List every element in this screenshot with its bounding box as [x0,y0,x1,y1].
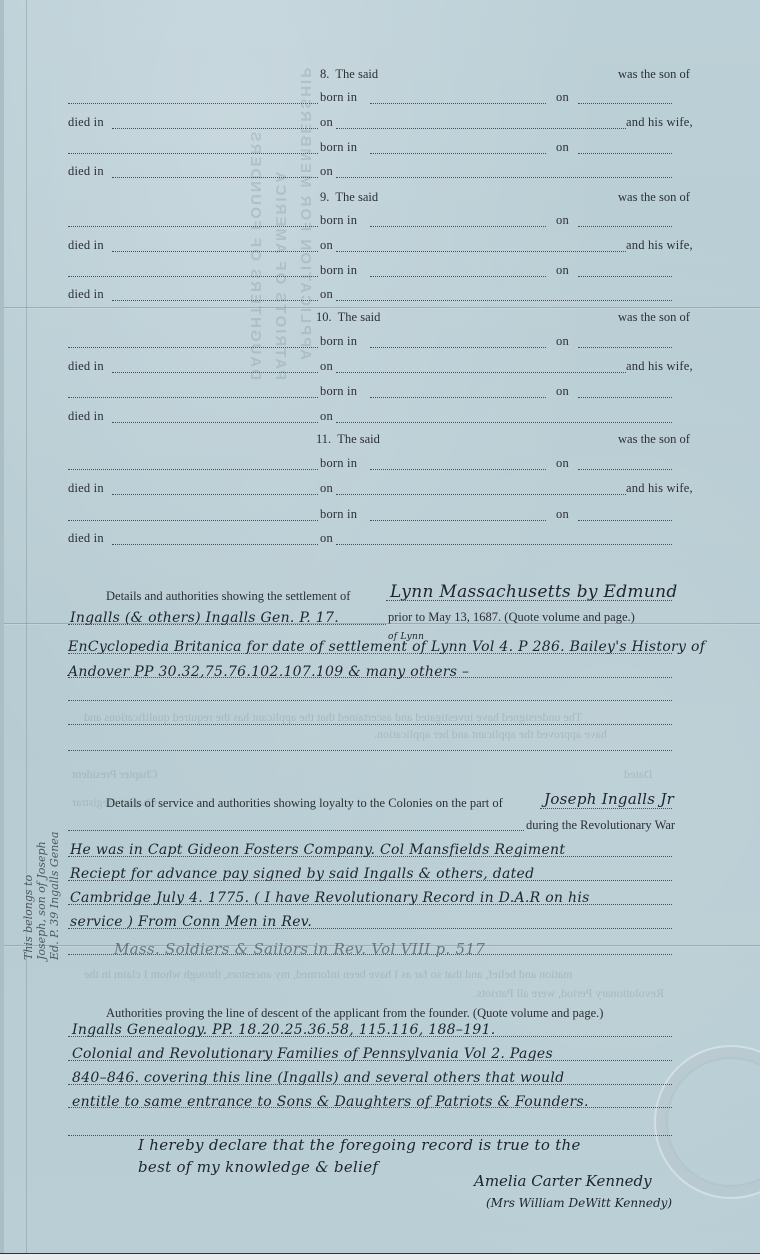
settlement-entry-line [68,677,672,678]
service-name-handwritten[interactable]: Joseph Ingalls Jr [544,790,674,808]
ancestor-8-line-4: died in on [68,163,672,181]
service-entry-line [68,880,672,881]
wife-birth-date-field[interactable] [578,397,672,398]
wife-death-date-field[interactable] [336,177,672,178]
wife-birth-date-field[interactable] [578,276,672,277]
ancestor-9-heading: 9. The said [320,190,378,205]
service-entry-line [68,904,672,905]
descent-entry-line [68,1036,672,1037]
death-date-field[interactable] [336,251,626,252]
death-place-field[interactable] [112,128,318,129]
birthplace-field[interactable] [370,347,546,348]
birthplace-field[interactable] [370,469,546,470]
ancestor-10-line-3: born in on [68,383,672,401]
service-entry-line [68,856,672,857]
service-line2 [68,830,524,831]
settlement-label: Details and authorities showing the sett… [106,589,350,604]
descent-entry-line [68,1107,672,1108]
ancestor-11-line-2: died in on and his wife, [68,480,672,498]
name-field[interactable] [68,347,318,348]
ancestor-8-line-3: born in on [68,139,672,157]
wife-birthplace-field[interactable] [370,276,546,277]
birth-date-field[interactable] [578,469,672,470]
descent-label: Authorities proving the line of descent … [106,1006,603,1021]
death-place-field[interactable] [112,372,318,373]
wife-birthplace-field[interactable] [370,520,546,521]
ancestor-11-son-of: was the son of [618,432,690,447]
bleed-through-text: Chapter President [72,767,158,782]
ancestor-9-line-1: born in on [68,212,672,230]
settlement-entry-line [68,750,672,751]
declaration-line-1: I hereby declare that the foregoing reco… [138,1136,581,1154]
name-field[interactable] [68,226,318,227]
ancestor-9-line-2: died in on and his wife, [68,237,672,255]
vertical-crease [26,0,27,1253]
bleed-through-text: mation and belief, and that so far as I … [84,967,573,982]
wife-birthplace-field[interactable] [370,397,546,398]
ancestor-8-son-of: was the son of [618,67,690,82]
service-entry-line [68,954,672,955]
ancestor-8-line-2: died in on and his wife, [68,114,672,132]
wife-death-place-field[interactable] [112,544,318,545]
service-entry-line [68,928,672,929]
ancestor-8-line-1: born in on [68,89,672,107]
fold-line [4,307,760,309]
ancestor-11-line-4: died in on [68,530,672,548]
settlement-entry-line [68,700,672,701]
ancestor-8-heading: 8. The said [320,67,378,82]
bleed-through-text: Dated [624,767,653,782]
wife-name-field[interactable] [68,397,318,398]
ancestor-10-line-2: died in on and his wife, [68,358,672,376]
wife-death-date-field[interactable] [336,422,672,423]
death-place-field[interactable] [112,251,318,252]
wife-death-date-field[interactable] [336,300,672,301]
ancestor-11-line-3: born in on [68,506,672,524]
ancestor-9-son-of: was the son of [618,190,690,205]
applicant-signature: Amelia Carter Kennedy [474,1172,652,1190]
settlement-entry-line [68,724,672,725]
birth-date-field[interactable] [578,347,672,348]
birth-date-field[interactable] [578,103,672,104]
settlement-line2 [68,624,386,625]
ancestor-10-son-of: was the son of [618,310,690,325]
service-war-printed: during the Revolutionary War [526,818,675,833]
ancestor-11-heading: 11. The said [316,432,380,447]
wife-death-place-field[interactable] [112,422,318,423]
death-date-field[interactable] [336,128,626,129]
wife-death-place-field[interactable] [112,177,318,178]
wife-name-field[interactable] [68,520,318,521]
wife-name-field[interactable] [68,153,318,154]
declaration-line-2: best of my knowledge & belief [138,1158,378,1176]
service-entry-faded[interactable]: Mass. Soldiers & Sailors in Rev. Vol VII… [114,940,485,958]
ancestor-10-line-4: died in on [68,408,672,426]
birthplace-field[interactable] [370,103,546,104]
document-page: APPLICATION FOR MEMBERSHIP PATRIOTS OF A… [0,0,760,1253]
bleed-through-text: Revolutionary Period, were all Patriots. [474,986,664,1001]
bleed-through-text: have approved the applicant and her appl… [374,727,607,742]
settlement-place-handwritten[interactable]: Lynn Massachusetts by Edmund [390,582,678,602]
settlement-date-printed: prior to May 13, 1687. (Quote volume and… [388,610,635,625]
ancestor-10-line-1: born in on [68,333,672,351]
death-date-field[interactable] [336,494,626,495]
wife-birthplace-field[interactable] [370,153,546,154]
birthplace-field[interactable] [370,226,546,227]
ancestor-10-heading: 10. The said [316,310,380,325]
descent-entry-line [68,1060,672,1061]
name-field[interactable] [68,103,318,104]
wife-birth-date-field[interactable] [578,153,672,154]
settlement-line [386,600,672,601]
ancestor-9-line-3: born in on [68,262,672,280]
service-name-line [540,808,672,809]
bleed-through-text: The undersigned have investigated and as… [84,710,582,725]
applicant-signature-note: (Mrs William DeWitt Kennedy) [486,1196,672,1210]
ancestor-11-line-1: born in on [68,455,672,473]
wife-death-place-field[interactable] [112,300,318,301]
death-place-field[interactable] [112,494,318,495]
death-date-field[interactable] [336,372,626,373]
margin-note: This belongs to Joseph, son of Joseph Ed… [22,832,61,960]
name-field[interactable] [68,469,318,470]
ancestor-9-line-4: died in on [68,286,672,304]
service-label: Details of service and authorities showi… [106,796,503,811]
birth-date-field[interactable] [578,226,672,227]
wife-name-field[interactable] [68,276,318,277]
embossed-seal [654,1045,760,1199]
page-bottom-edge [0,1253,760,1260]
settlement-entry-line [68,653,672,654]
wife-death-date-field[interactable] [336,544,672,545]
descent-entry-line [68,1084,672,1085]
wife-birth-date-field[interactable] [578,520,672,521]
